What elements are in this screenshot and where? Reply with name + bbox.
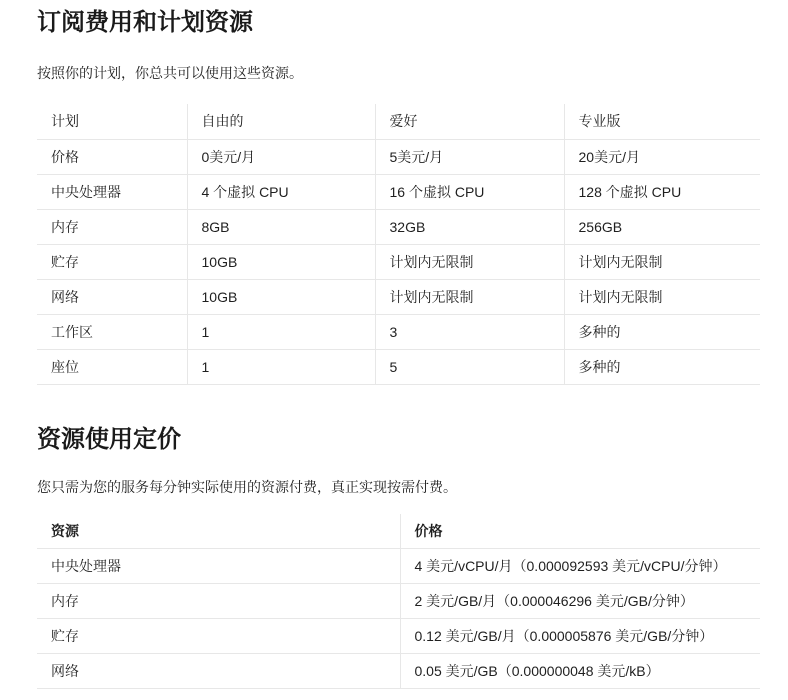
table-row: 中央处理器 4 美元/vCPU/月（0.000092593 美元/vCPU/分钟…: [37, 549, 760, 584]
table-cell: 0.12 美元/GB/月（0.000005876 美元/GB/分钟）: [400, 619, 760, 654]
table-cell: 贮存: [37, 244, 187, 279]
table-header-row: 资源 价格: [37, 514, 760, 549]
plans-table: 计划 自由的 爱好 专业版 价格 0美元/月 5美元/月 20美元/月 中央处理…: [37, 104, 760, 385]
table-cell: 贮存: [37, 619, 400, 654]
table-row: 内存 2 美元/GB/月（0.000046296 美元/GB/分钟）: [37, 584, 760, 619]
table-row: 工作区 1 3 多种的: [37, 314, 760, 349]
table-cell: 1: [187, 314, 375, 349]
table-cell: 0.05 美元/GB（0.000000048 美元/kB）: [400, 654, 760, 689]
table-cell: 中央处理器: [37, 549, 400, 584]
table-header-row: 计划 自由的 爱好 专业版: [37, 104, 760, 139]
table-cell: 1: [187, 349, 375, 384]
column-header-free: 自由的: [187, 104, 375, 139]
table-cell: 中央处理器: [37, 174, 187, 209]
table-cell: 座位: [37, 349, 187, 384]
table-cell: 价格: [37, 139, 187, 174]
table-cell: 4 美元/vCPU/月（0.000092593 美元/vCPU/分钟）: [400, 549, 760, 584]
pricing-section-title: 资源使用定价: [37, 425, 760, 455]
table-cell: 2 美元/GB/月（0.000046296 美元/GB/分钟）: [400, 584, 760, 619]
table-row: 内存 8GB 32GB 256GB: [37, 209, 760, 244]
table-cell: 计划内无限制: [564, 244, 760, 279]
column-header-hobby: 爱好: [375, 104, 564, 139]
table-cell: 0美元/月: [187, 139, 375, 174]
table-row: 座位 1 5 多种的: [37, 349, 760, 384]
table-cell: 4 个虚拟 CPU: [187, 174, 375, 209]
table-row: 贮存 10GB 计划内无限制 计划内无限制: [37, 244, 760, 279]
table-cell: 256GB: [564, 209, 760, 244]
table-cell: 计划内无限制: [564, 279, 760, 314]
table-row: 中央处理器 4 个虚拟 CPU 16 个虚拟 CPU 128 个虚拟 CPU: [37, 174, 760, 209]
table-cell: 10GB: [187, 279, 375, 314]
table-cell: 网络: [37, 279, 187, 314]
table-cell: 多种的: [564, 314, 760, 349]
table-cell: 8GB: [187, 209, 375, 244]
table-cell: 32GB: [375, 209, 564, 244]
table-cell: 5: [375, 349, 564, 384]
table-row: 网络 10GB 计划内无限制 计划内无限制: [37, 279, 760, 314]
table-cell: 5美元/月: [375, 139, 564, 174]
resource-pricing-table: 资源 价格 中央处理器 4 美元/vCPU/月（0.000092593 美元/v…: [37, 514, 760, 690]
table-cell: 多种的: [564, 349, 760, 384]
table-cell: 计划内无限制: [375, 279, 564, 314]
plans-section-subtitle: 按照你的计划，你总共可以使用这些资源。: [37, 65, 760, 81]
column-header-price: 价格: [400, 514, 760, 549]
table-cell: 128 个虚拟 CPU: [564, 174, 760, 209]
plans-section-title: 订阅费用和计划资源: [37, 8, 760, 38]
pricing-section-subtitle: 您只需为您的服务每分钟实际使用的资源付费，真正实现按需付费。: [37, 479, 760, 495]
table-cell: 3: [375, 314, 564, 349]
table-cell: 内存: [37, 209, 187, 244]
table-cell: 16 个虚拟 CPU: [375, 174, 564, 209]
column-header-pro: 专业版: [564, 104, 760, 139]
table-cell: 10GB: [187, 244, 375, 279]
pricing-docs-page: 订阅费用和计划资源 按照你的计划，你总共可以使用这些资源。 计划 自由的 爱好 …: [0, 0, 788, 689]
column-header-resource: 资源: [37, 514, 400, 549]
table-cell: 网络: [37, 654, 400, 689]
table-row: 价格 0美元/月 5美元/月 20美元/月: [37, 139, 760, 174]
column-header-plan: 计划: [37, 104, 187, 139]
table-row: 网络 0.05 美元/GB（0.000000048 美元/kB）: [37, 654, 760, 689]
table-cell: 内存: [37, 584, 400, 619]
table-row: 贮存 0.12 美元/GB/月（0.000005876 美元/GB/分钟）: [37, 619, 760, 654]
table-cell: 计划内无限制: [375, 244, 564, 279]
table-cell: 工作区: [37, 314, 187, 349]
table-cell: 20美元/月: [564, 139, 760, 174]
